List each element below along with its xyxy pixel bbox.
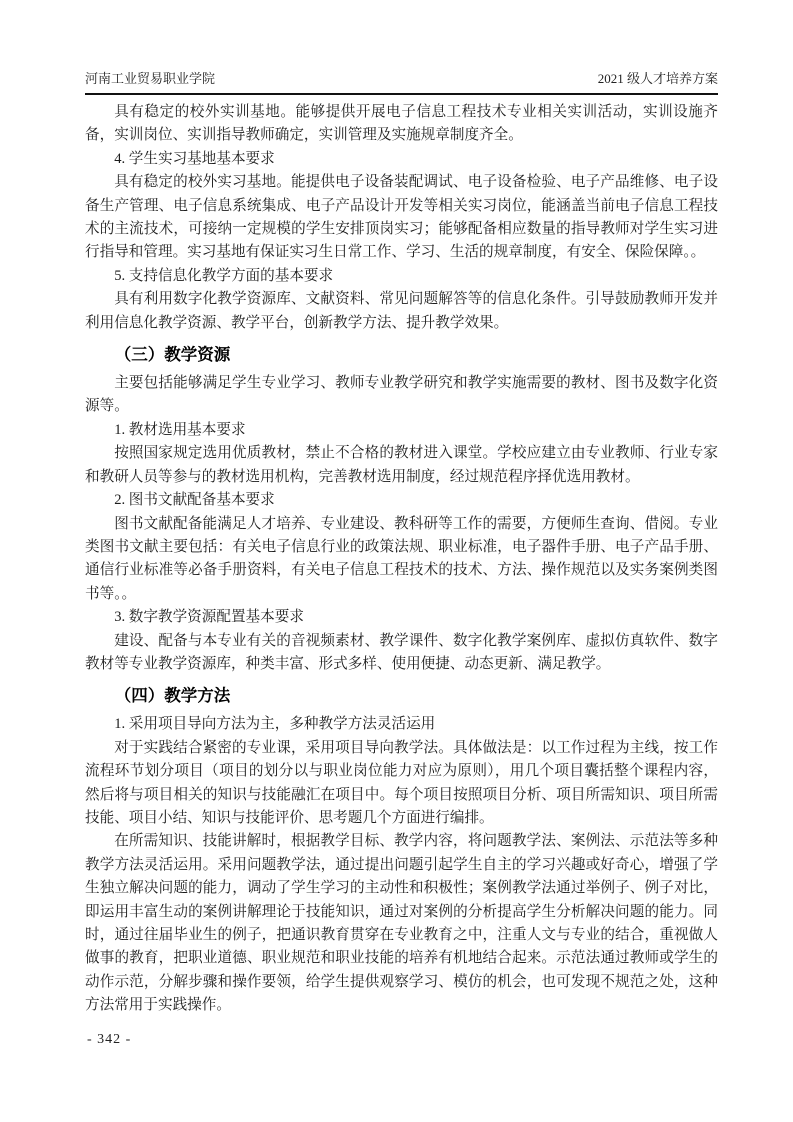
paragraph: 具有稳定的校外实训基地。能够提供开展电子信息工程技术专业相关实训活动，实训设施齐… [85, 101, 718, 148]
document-body: 具有稳定的校外实训基地。能够提供开展电子信息工程技术专业相关实训活动，实训设施齐… [85, 101, 718, 1018]
numbered-item: 2. 图书文献配备基本要求 [85, 489, 718, 512]
section-heading: （三）教学资源 [85, 343, 718, 367]
paragraph: 主要包括能够满足学生专业学习、教师专业教学研究和教学实施需要的教材、图书及数字化… [85, 372, 718, 419]
page-number: - 342 - [87, 1031, 131, 1049]
page-header: 河南工业贸易职业学院 2021 级人才培养方案 [85, 71, 718, 87]
paragraph: 图书文献配备能满足人才培养、专业建设、教科研等工作的需要，方便师生查询、借阅。专… [85, 513, 718, 607]
numbered-item: 4. 学生实习基地基本要求 [85, 148, 718, 171]
numbered-item: 5. 支持信息化教学方面的基本要求 [85, 265, 718, 288]
paragraph: 建设、配备与本专业有关的音视频素材、教学课件、数字化教学案例库、虚拟仿真软件、数… [85, 630, 718, 677]
paragraph: 在所需知识、技能讲解时，根据教学目标、教学内容，将问题教学法、案例法、示范法等多… [85, 830, 718, 1017]
paragraph: 按照国家规定选用优质教材，禁止不合格的教材进入课堂。学校应建立由专业教师、行业专… [85, 442, 718, 489]
document-page: 河南工业贸易职业学院 2021 级人才培养方案 具有稳定的校外实训基地。能够提供… [0, 0, 793, 1122]
header-rule [85, 93, 718, 95]
header-plan-title: 2021 级人才培养方案 [598, 71, 718, 87]
numbered-item: 1. 教材选用基本要求 [85, 419, 718, 442]
paragraph: 具有利用数字化教学资源库、文献资料、常见问题解答等的信息化条件。引导鼓励教师开发… [85, 288, 718, 335]
paragraph: 对于实践结合紧密的专业课，采用项目导向教学法。具体做法是：以工作过程为主线，按工… [85, 737, 718, 831]
numbered-item: 1. 采用项目导向方法为主，多种教学方法灵活运用 [85, 713, 718, 736]
paragraph: 具有稳定的校外实习基地。能提供电子设备装配调试、电子设备检验、电子产品维修、电子… [85, 171, 718, 265]
numbered-item: 3. 数字教学资源配置基本要求 [85, 606, 718, 629]
section-heading: （四）教学方法 [85, 684, 718, 708]
header-school-name: 河南工业贸易职业学院 [85, 71, 215, 87]
